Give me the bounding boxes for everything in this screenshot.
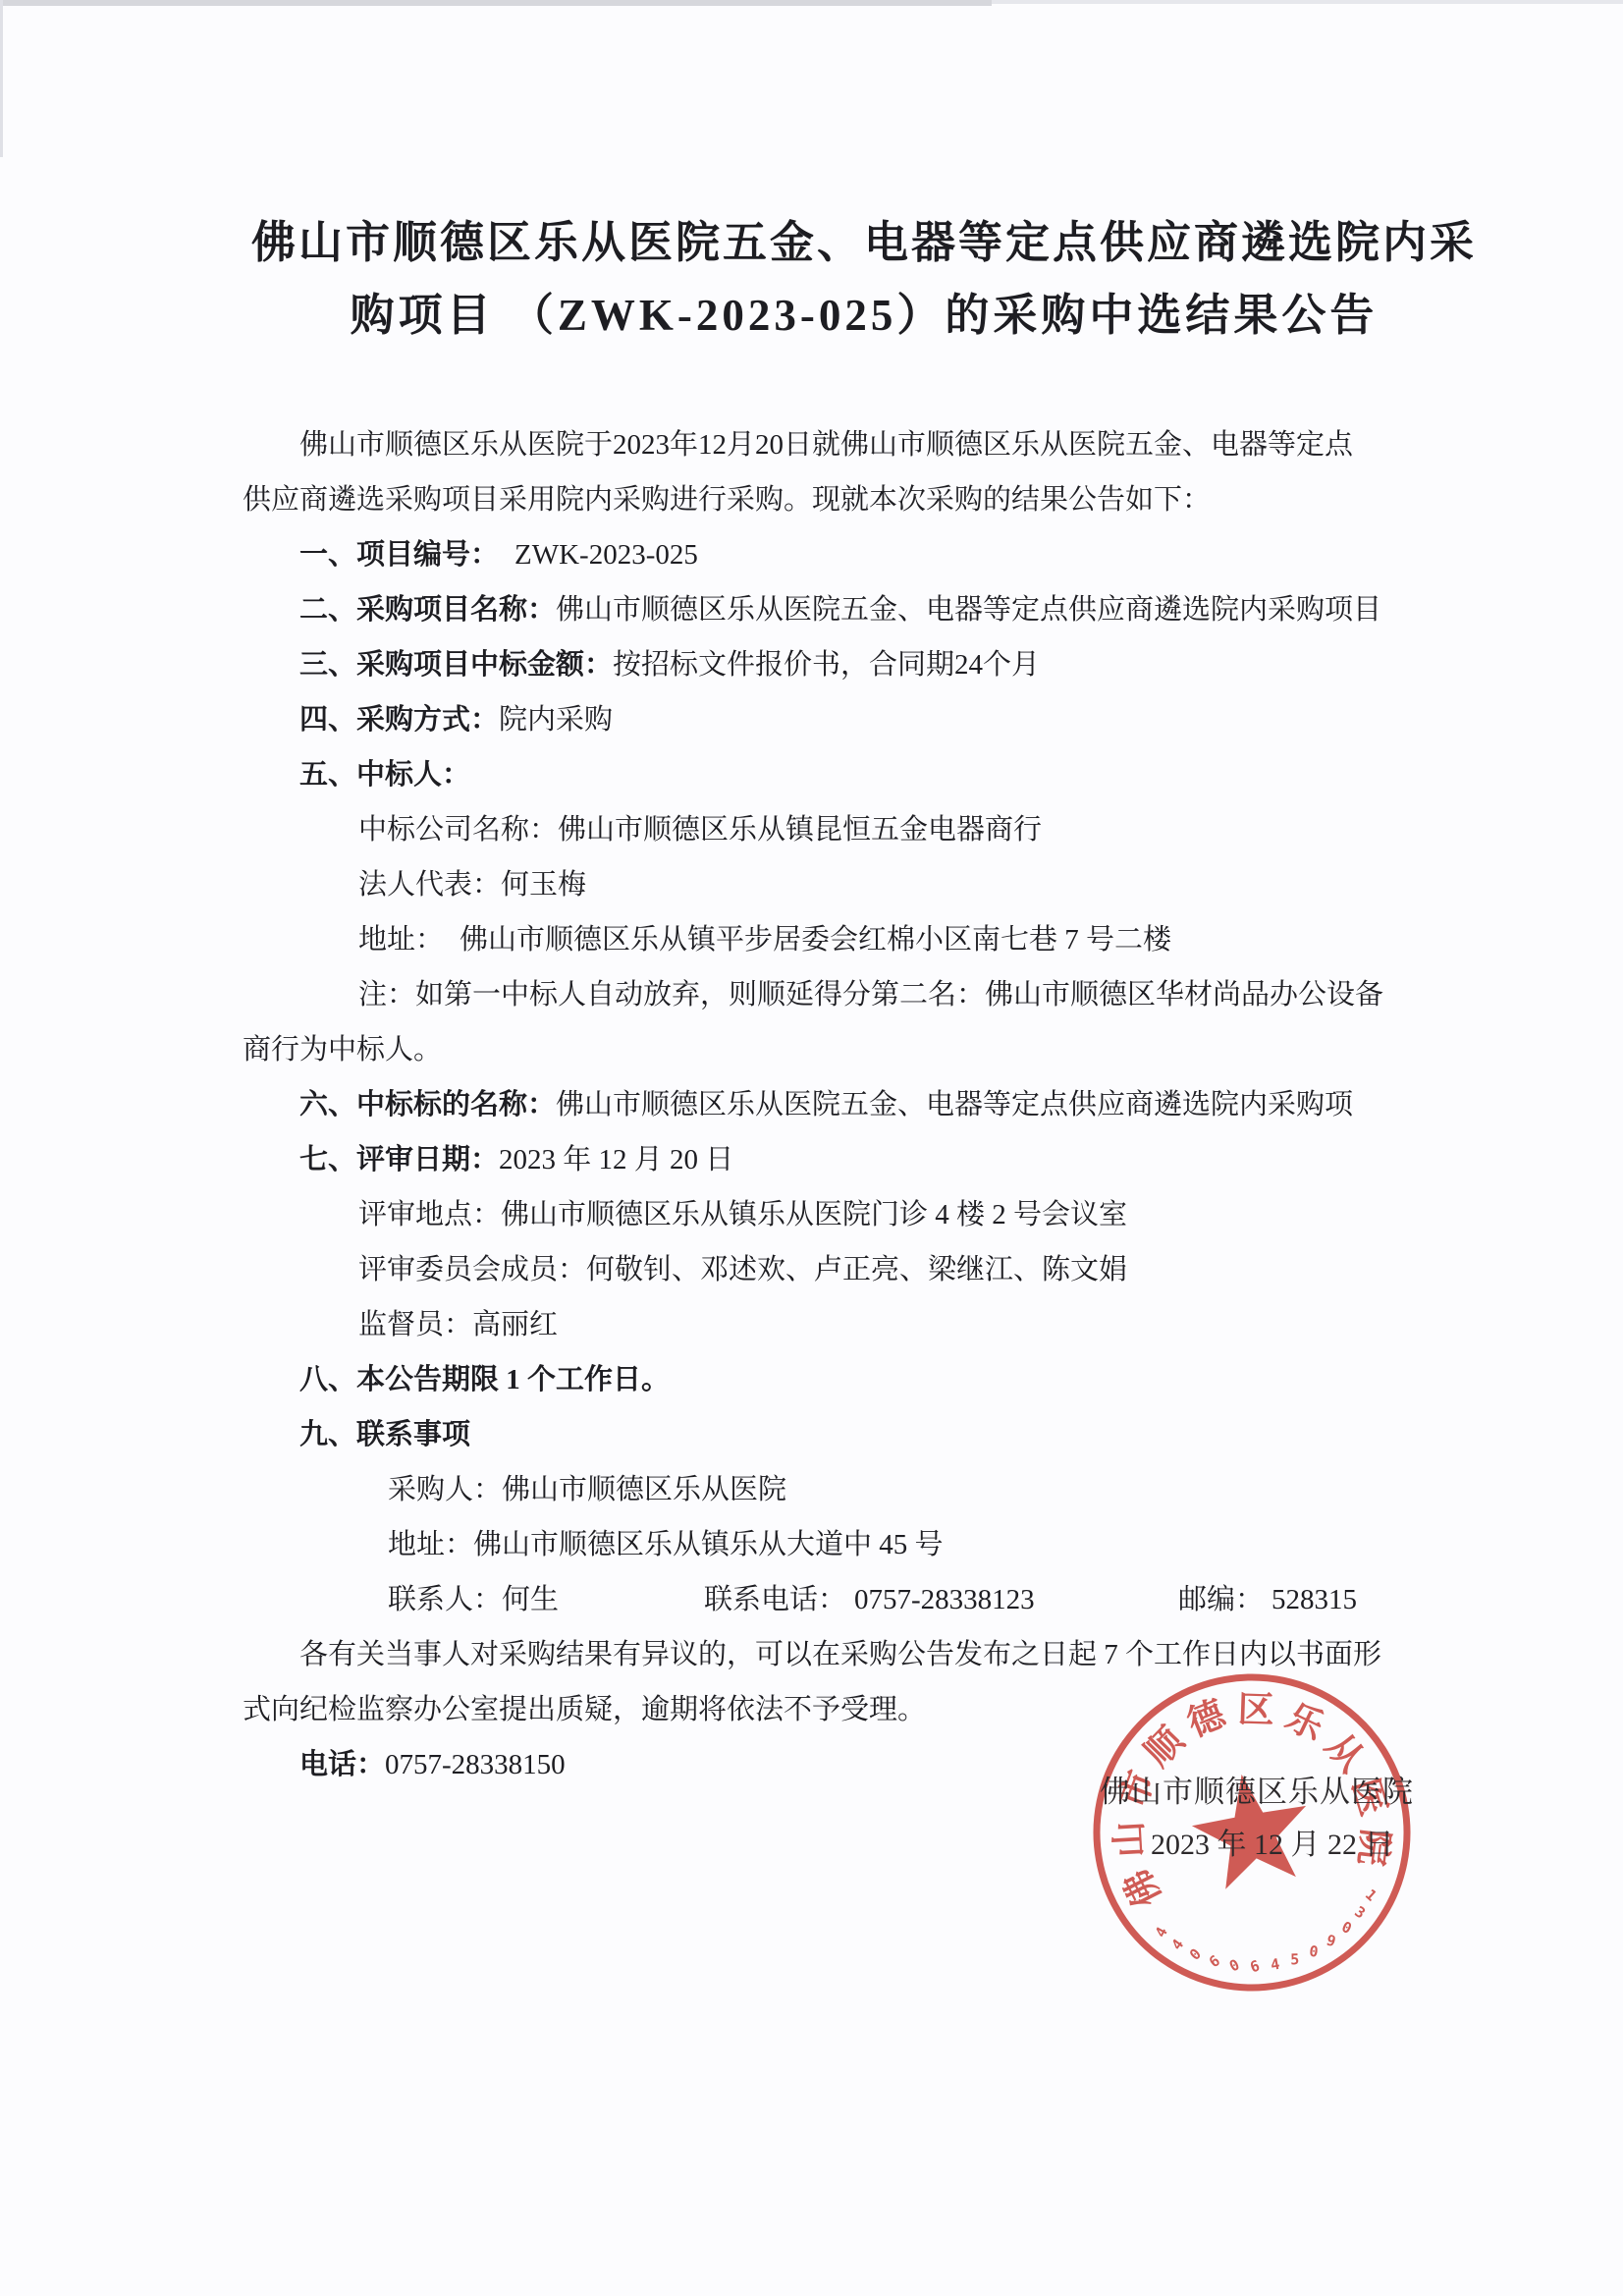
item1-project-number: 一、项目编号：ZWK-2023-025 [243,527,1576,582]
postal-code-value: 528315 [1271,1584,1357,1615]
item7-supervisor-value: 高丽红 [472,1309,558,1340]
intro-line2: 供应商遴选采购项目采用院内采购进行采购。现就本次采购的结果公告如下： [243,472,1519,527]
item7-review-date: 七、评审日期：2023 年 12 月 20 日 [243,1132,1576,1187]
item7-supervisor-label: 监督员： [358,1309,472,1340]
item5-addr-label: 地址： [358,924,444,956]
item3-value: 按招标文件报价书，合同期24个月 [613,649,1040,681]
seal-arc-char: 区 [1237,1690,1274,1731]
signature-organization: 佛山市顺德区乐从医院 [1100,1767,1414,1811]
item7-supervisor-line: 监督员：高丽红 [243,1297,1623,1352]
item7-label: 七、评审日期： [299,1144,499,1175]
telephone-label: 电话： [299,1749,385,1780]
item4-value: 院内采购 [499,704,613,736]
scan-edge-artifact [0,0,992,6]
item5-company-line: 中标公司名称：佛山市顺德区乐从镇昆恒五金电器商行 [243,802,1623,857]
seal-serial-digit: 6 [1206,1951,1223,1971]
seal-arc-char: 乐 [1279,1696,1330,1749]
item5-legal-rep-line: 法人代表：何玉梅 [243,857,1623,912]
item7-committee-value: 何敬钊、邓述欢、卢正亮、梁继江、陈文娟 [586,1254,1127,1285]
document-page: 佛山市顺德区乐从医院五金、电器等定点供应商遴选院内采 购项目 （ZWK-2023… [0,0,1623,2296]
item6-value: 佛山市顺德区乐从医院五金、电器等定点供应商遴选院内采购项 [556,1089,1353,1121]
telephone-value: 0757-28338150 [385,1749,566,1780]
postal-code-label: 邮编： [1178,1584,1264,1615]
item6-subject-name: 六、中标标的名称：佛山市顺德区乐从医院五金、电器等定点供应商遴选院内采购项 [243,1077,1576,1132]
item4-procurement-method: 四、采购方式：院内采购 [243,692,1576,747]
item9-contact-heading: 九、联系事项 [243,1407,1576,1462]
item5-legal-value: 何玉梅 [501,869,586,901]
item3-label: 三、采购项目中标金额： [299,649,613,681]
item1-value: ZWK-2023-025 [514,539,698,571]
seal-serial-digit: 3 [1351,1902,1368,1922]
item3-award-amount: 三、采购项目中标金额：按招标文件报价书，合同期24个月 [243,637,1576,692]
item8-notice-period: 八、本公告期限 1 个工作日。 [243,1352,1576,1407]
seal-arc-char: 山 [1109,1820,1152,1858]
seal-arc-char: 佛 [1116,1863,1169,1914]
intro-line1: 佛山市顺德区乐从医院于2023年12月20日就佛山市顺德区乐从医院五金、电器等定… [243,417,1576,472]
seal-serial-digit: 0 [1226,1955,1242,1975]
seal-serial-digit: 9 [1325,1931,1338,1950]
item5-label: 五、中标人： [299,759,470,791]
seal-serial-digit: 6 [1248,1957,1262,1977]
seal-serial-digit: 0 [1186,1945,1205,1964]
item2-project-name: 二、采购项目名称：佛山市顺德区乐从医院五金、电器等定点供应商遴选院内采购项目 [243,582,1576,637]
item5-note-line2: 商行为中标人。 [243,1022,1519,1077]
item9-address-line: 地址：佛山市顺德区乐从镇乐从大道中 45 号 [243,1517,1623,1572]
scan-edge-artifact-light [992,0,1623,4]
item9-purchaser-line: 采购人：佛山市顺德区乐从医院 [243,1462,1623,1517]
item6-label: 六、中标标的名称： [299,1089,556,1121]
item9-purchaser-value: 佛山市顺德区乐从医院 [502,1474,786,1505]
document-title-line2: 购项目 （ZWK-2023-025）的采购中选结果公告 [243,287,1486,344]
item8-label: 八、本公告期限 1 个工作日。 [299,1364,670,1395]
signature-date: 2023 年 12 月 22 日 [1151,1820,1394,1863]
item5-legal-label: 法人代表： [358,869,501,901]
contact-phone-value: 0757-28338123 [854,1584,1035,1615]
seal-serial-digit: 5 [1290,1950,1299,1968]
item5-company-label: 中标公司名称： [358,814,558,846]
item5-company-value: 佛山市顺德区乐从镇昆恒五金电器商行 [558,814,1042,846]
item9-addr-label: 地址： [388,1529,473,1560]
seal-serial-digit: 1 [1362,1886,1380,1904]
document-title-line1: 佛山市顺德区乐从医院五金、电器等定点供应商遴选院内采 [243,214,1486,271]
contact-person-pair: 联系人：何生 [388,1572,559,1627]
item7-value: 2023 年 12 月 20 日 [499,1144,733,1175]
item4-label: 四、采购方式： [299,704,499,736]
item5-addr-value: 佛山市顺德区乐从镇平步居委会红棉小区南七巷 7 号二楼 [460,924,1171,956]
item5-note-line1: 注：如第一中标人自动放弃，则顺延得分第二名：佛山市顺德区华材尚品办公设备 [243,967,1623,1022]
item7-venue-label: 评审地点： [358,1199,501,1230]
item7-venue-value: 佛山市顺德区乐从镇乐从医院门诊 4 楼 2 号会议室 [501,1199,1127,1230]
contact-person-label: 联系人： [388,1584,502,1615]
item9-label: 九、联系事项 [299,1419,470,1450]
scan-edge-artifact-left [0,0,3,157]
seal-serial-digit: 4 [1152,1924,1171,1940]
item7-committee-line: 评审委员会成员：何敬钊、邓述欢、卢正亮、梁继江、陈文娟 [243,1242,1623,1297]
seal-arc-char: 德 [1182,1693,1232,1745]
item5-address-line: 地址：佛山市顺德区乐从镇平步居委会红棉小区南七巷 7 号二楼 [243,912,1623,967]
item9-purchaser-label: 采购人： [388,1474,502,1505]
seal-serial-digit: 4 [1167,1936,1187,1953]
contact-person-value: 何生 [502,1584,559,1615]
postal-code-pair: 邮编：528315 [1178,1572,1357,1627]
item7-committee-label: 评审委员会成员： [358,1254,586,1285]
item2-label: 二、采购项目名称： [299,594,556,626]
seal-serial-digit: 0 [1339,1918,1355,1938]
seal-serial-digit: 0 [1308,1942,1319,1961]
item1-label: 一、项目编号： [299,539,499,571]
seal-serial-digit: 4 [1270,1955,1281,1974]
item2-value: 佛山市顺德区乐从医院五金、电器等定点供应商遴选院内采购项目 [556,594,1381,626]
item5-winner-heading: 五、中标人： [243,747,1576,802]
contact-phone-label: 联系电话： [704,1584,846,1615]
item9-addr-value: 佛山市顺德区乐从镇乐从大道中 45 号 [473,1529,944,1560]
item7-venue-line: 评审地点：佛山市顺德区乐从镇乐从医院门诊 4 楼 2 号会议室 [243,1187,1623,1242]
contact-phone-pair: 联系电话：0757-28338123 [704,1572,1035,1627]
